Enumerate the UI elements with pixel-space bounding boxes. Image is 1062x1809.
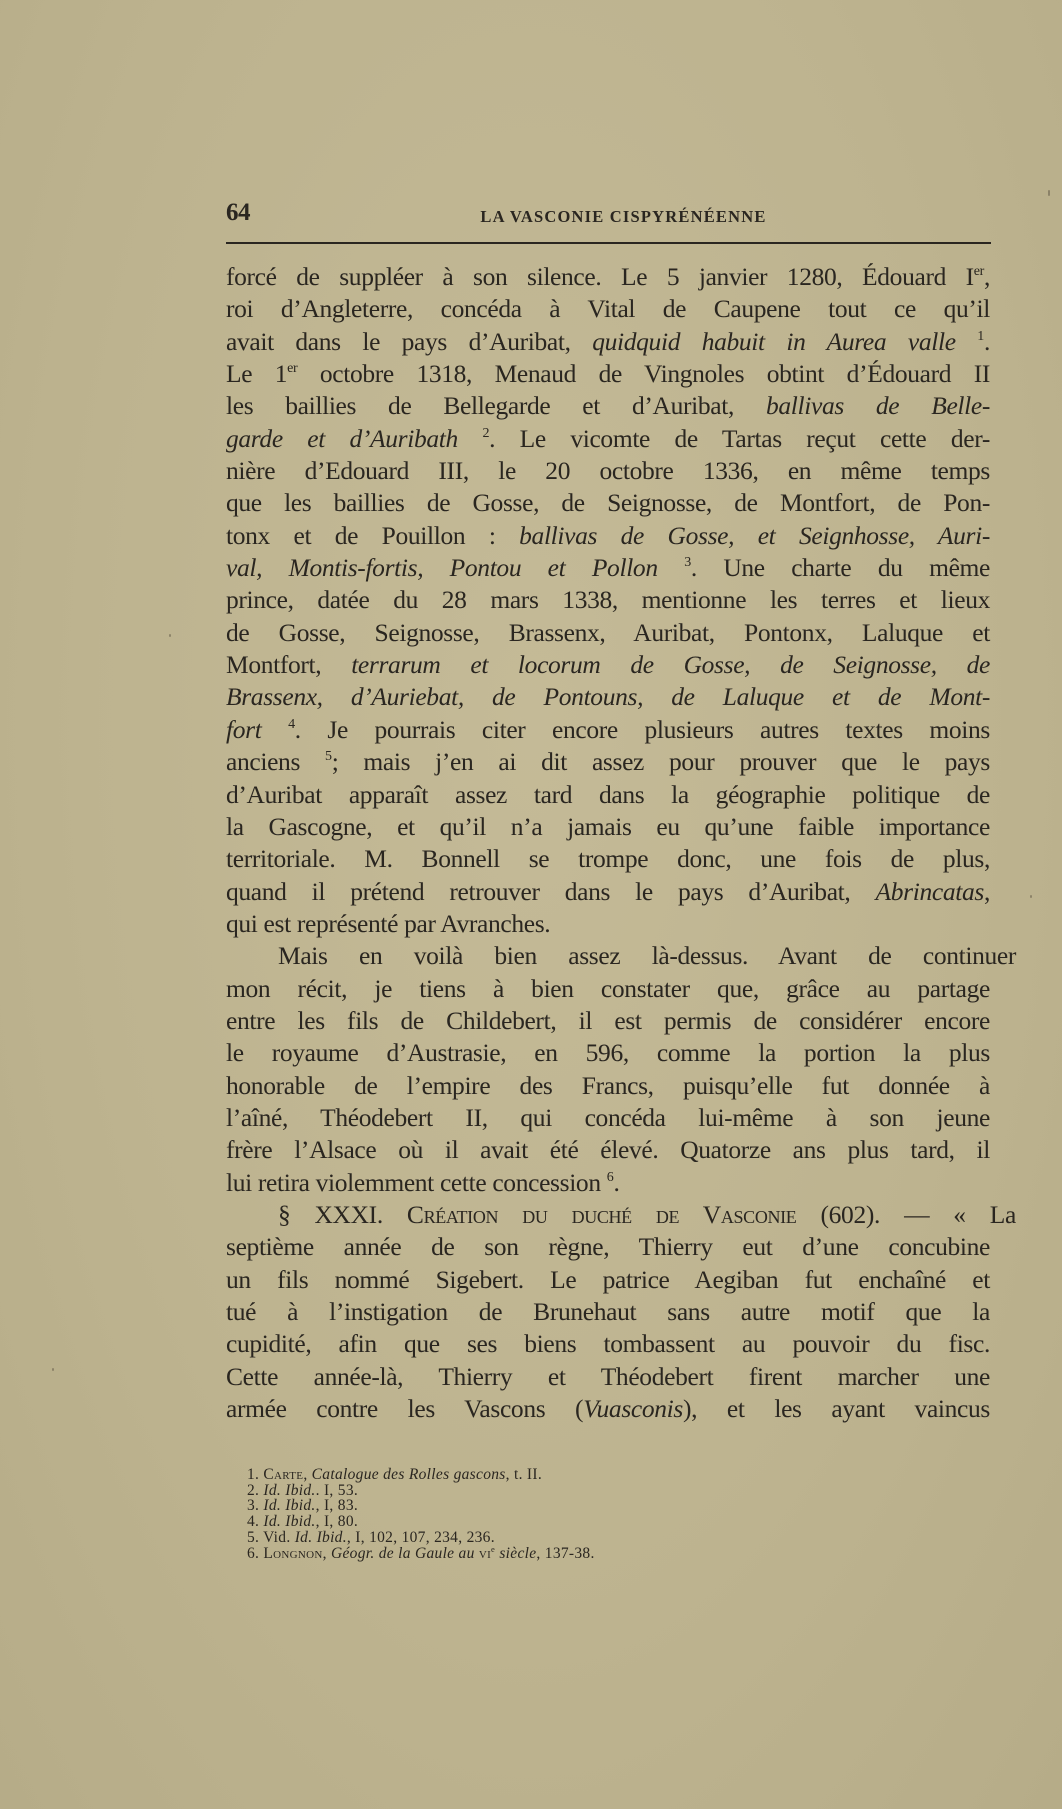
- body-text: forcé de suppléer à son silence. Le 5 ja…: [226, 261, 990, 1425]
- running-head: 64 LA VASCONIE CISPYRÉNÉENNE: [226, 199, 991, 233]
- text-line: tué à l’instigation de Brunehaut sans au…: [226, 1296, 990, 1328]
- text-line: d’Auribat apparaît assez tard dans la gé…: [226, 779, 990, 811]
- footnotes: 1. Carte, Catalogue des Rolles gascons, …: [247, 1467, 967, 1561]
- footnote-3: 3. Id. Ibid., I, 83.: [247, 1498, 967, 1514]
- text-line: roi d’Angleterre, concéda à Vital de Cau…: [226, 293, 990, 325]
- text-line: Mais en voilà bien assez là-dessus. Avan…: [226, 940, 990, 972]
- text-line: frère l’Alsace où il avait été élevé. Qu…: [226, 1134, 990, 1166]
- text-line: les baillies de Bellegarde et d’Auribat,…: [226, 390, 990, 422]
- header-rule: [226, 242, 991, 244]
- text-line: entre les fils de Childebert, il est per…: [226, 1005, 990, 1037]
- text-line: lui retira violemment cette concession 6…: [226, 1167, 990, 1199]
- running-title: LA VASCONIE CISPYRÉNÉENNE: [226, 207, 991, 227]
- text-line: qui est représenté par Avranches.: [226, 908, 990, 940]
- text-line: que les baillies de Gosse, de Seignosse,…: [226, 487, 990, 519]
- text-line: § XXXI. Création du duché de Vasconie (6…: [226, 1199, 990, 1231]
- text-line: cupidité, afin que ses biens tombassent …: [226, 1328, 990, 1360]
- footnote-2: 2. Id. Ibid.. I, 53.: [247, 1483, 967, 1499]
- text-line: un fils nommé Sigebert. Le patrice Aegib…: [226, 1264, 990, 1296]
- text-line: de Gosse, Seignosse, Brassenx, Auribat, …: [226, 617, 990, 649]
- paper-speck: [52, 1368, 54, 1371]
- book-page: 64 LA VASCONIE CISPYRÉNÉENNE forcé de su…: [0, 0, 1062, 1809]
- footnote-1: 1. Carte, Catalogue des Rolles gascons, …: [247, 1467, 967, 1483]
- text-line: Le 1er octobre 1318, Menaud de Vingnoles…: [226, 358, 990, 390]
- paper-speck: [1030, 895, 1032, 898]
- text-line: l’aîné, Théodebert II, qui concéda lui-m…: [226, 1102, 990, 1134]
- text-line: nière d’Edouard III, le 20 octobre 1336,…: [226, 455, 990, 487]
- text-line: septième année de son règne, Thierry eut…: [226, 1231, 990, 1263]
- text-line: forcé de suppléer à son silence. Le 5 ja…: [226, 261, 990, 293]
- footnote-5: 5. Vid. Id. Ibid., I, 102, 107, 234, 236…: [247, 1530, 967, 1546]
- footnote-6: 6. Longnon, Géogr. de la Gaule au vie si…: [247, 1546, 967, 1562]
- text-line: anciens 5; mais j’en ai dit assez pour p…: [226, 746, 990, 778]
- text-line: tonx et de Pouillon : ballivas de Gosse,…: [226, 520, 990, 552]
- text-line: la Gascogne, et qu’il n’a jamais eu qu’u…: [226, 811, 990, 843]
- text-line: territoriale. M. Bonnell se trompe donc,…: [226, 843, 990, 875]
- text-line: prince, datée du 28 mars 1338, mentionne…: [226, 584, 990, 616]
- text-line: Montfort, terrarum et locorum de Gosse, …: [226, 649, 990, 681]
- text-line: Cette année-là, Thierry et Théodebert fi…: [226, 1361, 990, 1393]
- text-line: fort 4. Je pourrais citer encore plusieu…: [226, 714, 990, 746]
- text-line: Brassenx, d’Auriebat, de Pontouns, de La…: [226, 681, 990, 713]
- footnote-4: 4. Id. Ibid., I, 80.: [247, 1514, 967, 1530]
- text-line: quand il prétend retrouver dans le pays …: [226, 876, 990, 908]
- text-line: honorable de l’empire des Francs, puisqu…: [226, 1070, 990, 1102]
- paper-speck: [169, 634, 171, 637]
- text-line: avait dans le pays d’Auribat, quidquid h…: [226, 326, 990, 358]
- text-line: mon récit, je tiens à bien constater que…: [226, 973, 990, 1005]
- text-line: armée contre les Vascons (Vuasconis), et…: [226, 1393, 990, 1425]
- text-line: garde et d’Auribath 2. Le vicomte de Tar…: [226, 423, 990, 455]
- text-line: le royaume d’Austrasie, en 596, comme la…: [226, 1037, 990, 1069]
- text-line: val, Montis-fortis, Pontou et Pollon 3. …: [226, 552, 990, 584]
- paper-speck: [1048, 190, 1050, 196]
